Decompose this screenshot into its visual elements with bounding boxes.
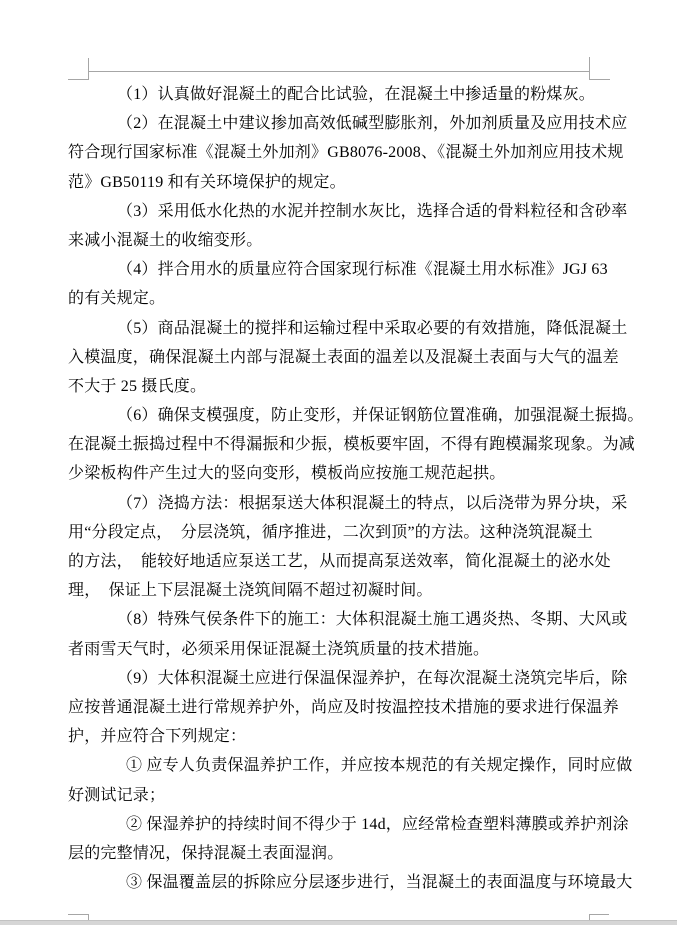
text-line: （3）采用低水化热的水泥并控制水灰比，选择合适的骨料粒径和含砂率 <box>68 197 614 226</box>
page: （1）认真做好混凝土的配合比试验，在混凝土中掺适量的粉煤灰。（2）在混凝土中建议… <box>0 0 677 925</box>
text-line: 用“分段定点， 分层浇筑，循序推进，二次到顶”的方法。这种浇筑混凝土 <box>68 518 614 547</box>
document-body-text: （1）认真做好混凝土的配合比试验，在混凝土中掺适量的粉煤灰。（2）在混凝土中建议… <box>68 80 614 897</box>
text-line: 的有关规定。 <box>68 284 614 313</box>
text-line: （1）认真做好混凝土的配合比试验，在混凝土中掺适量的粉煤灰。 <box>68 80 614 109</box>
bottom-left-boundary-mark <box>68 914 89 915</box>
text-line: 少梁板构件产生过大的竖向变形，模板尚应按施工规范起拱。 <box>68 459 614 488</box>
text-line: ③ 保温覆盖层的拆除应分层逐步进行，当混凝土的表面温度与环境最大 <box>68 868 614 897</box>
text-line: 不大于 25 摄氏度。 <box>68 372 614 401</box>
word-document-view: { "page": { "background_color": "#ffffff… <box>0 0 677 925</box>
text-line: 的方法， 能较好地适应泵送工艺，从而提高泵送效率，简化混凝土的泌水处 <box>68 547 614 576</box>
text-line: 护，并应符合下列规定： <box>68 722 614 751</box>
text-line: 范》GB50119 和有关环境保护的规定。 <box>68 168 614 197</box>
top-right-boundary-mark <box>589 57 590 80</box>
page-bottom-edge <box>0 920 677 925</box>
text-line: ① 应专人负责保温养护工作，并应按本规范的有关规定操作，同时应做 <box>68 751 614 780</box>
text-line: 入模温度，确保混凝土内部与混凝土表面的温差以及混凝土表面与大气的温差 <box>68 343 614 372</box>
text-line: （6）确保支模强度，防止变形，并保证钢筋位置准确，加强混凝土振捣。 <box>68 401 614 430</box>
text-line: 在混凝土振捣过程中不得漏振和少振，模板要牢固，不得有跑模漏浆现象。为减 <box>68 430 614 459</box>
text-line: （9）大体积混凝土应进行保温保湿养护，在每次混凝土浇筑完毕后，除 <box>68 664 614 693</box>
text-line: 应按普通混凝土进行常规养护外，尚应及时按温控技术措施的要求进行保温养 <box>68 693 614 722</box>
text-line: 好测试记录； <box>68 781 614 810</box>
text-line: 符合现行国家标准《混凝土外加剂》GB8076-2008、《混凝土外加剂应用技术规 <box>68 138 614 167</box>
text-line: 来减小混凝土的收缩变形。 <box>68 226 614 255</box>
top-text-boundary-line <box>89 71 589 72</box>
text-line: （8）特殊气侯条件下的施工：大体积混凝土施工遇炎热、冬期、大风或 <box>68 605 614 634</box>
text-line: （2）在混凝土中建议掺加高效低碱型膨胀剂，外加剂质量及应用技术应 <box>68 109 614 138</box>
text-line: （7）浇捣方法：根据泵送大体积混凝土的特点，以后浇带为界分块，采 <box>68 489 614 518</box>
text-line: 理， 保证上下层混凝土浇筑间隔不超过初凝时间。 <box>68 576 614 605</box>
bottom-right-boundary-mark <box>589 914 609 915</box>
text-line: 者雨雪天气时，必须采用保证混凝土浇筑质量的技术措施。 <box>68 635 614 664</box>
text-line: （4）拌合用水的质量应符合国家现行标准《混凝土用水标准》JGJ 63 <box>68 255 614 284</box>
text-line: ② 保湿养护的持续时间不得少于 14d，应经常检查塑料薄膜或养护剂涂 <box>68 810 614 839</box>
text-line: （5）商品混凝土的搅拌和运输过程中采取必要的有效措施，降低混凝土 <box>68 314 614 343</box>
top-left-boundary-mark <box>88 58 89 80</box>
text-line: 层的完整情况，保持混凝土表面湿润。 <box>68 839 614 868</box>
